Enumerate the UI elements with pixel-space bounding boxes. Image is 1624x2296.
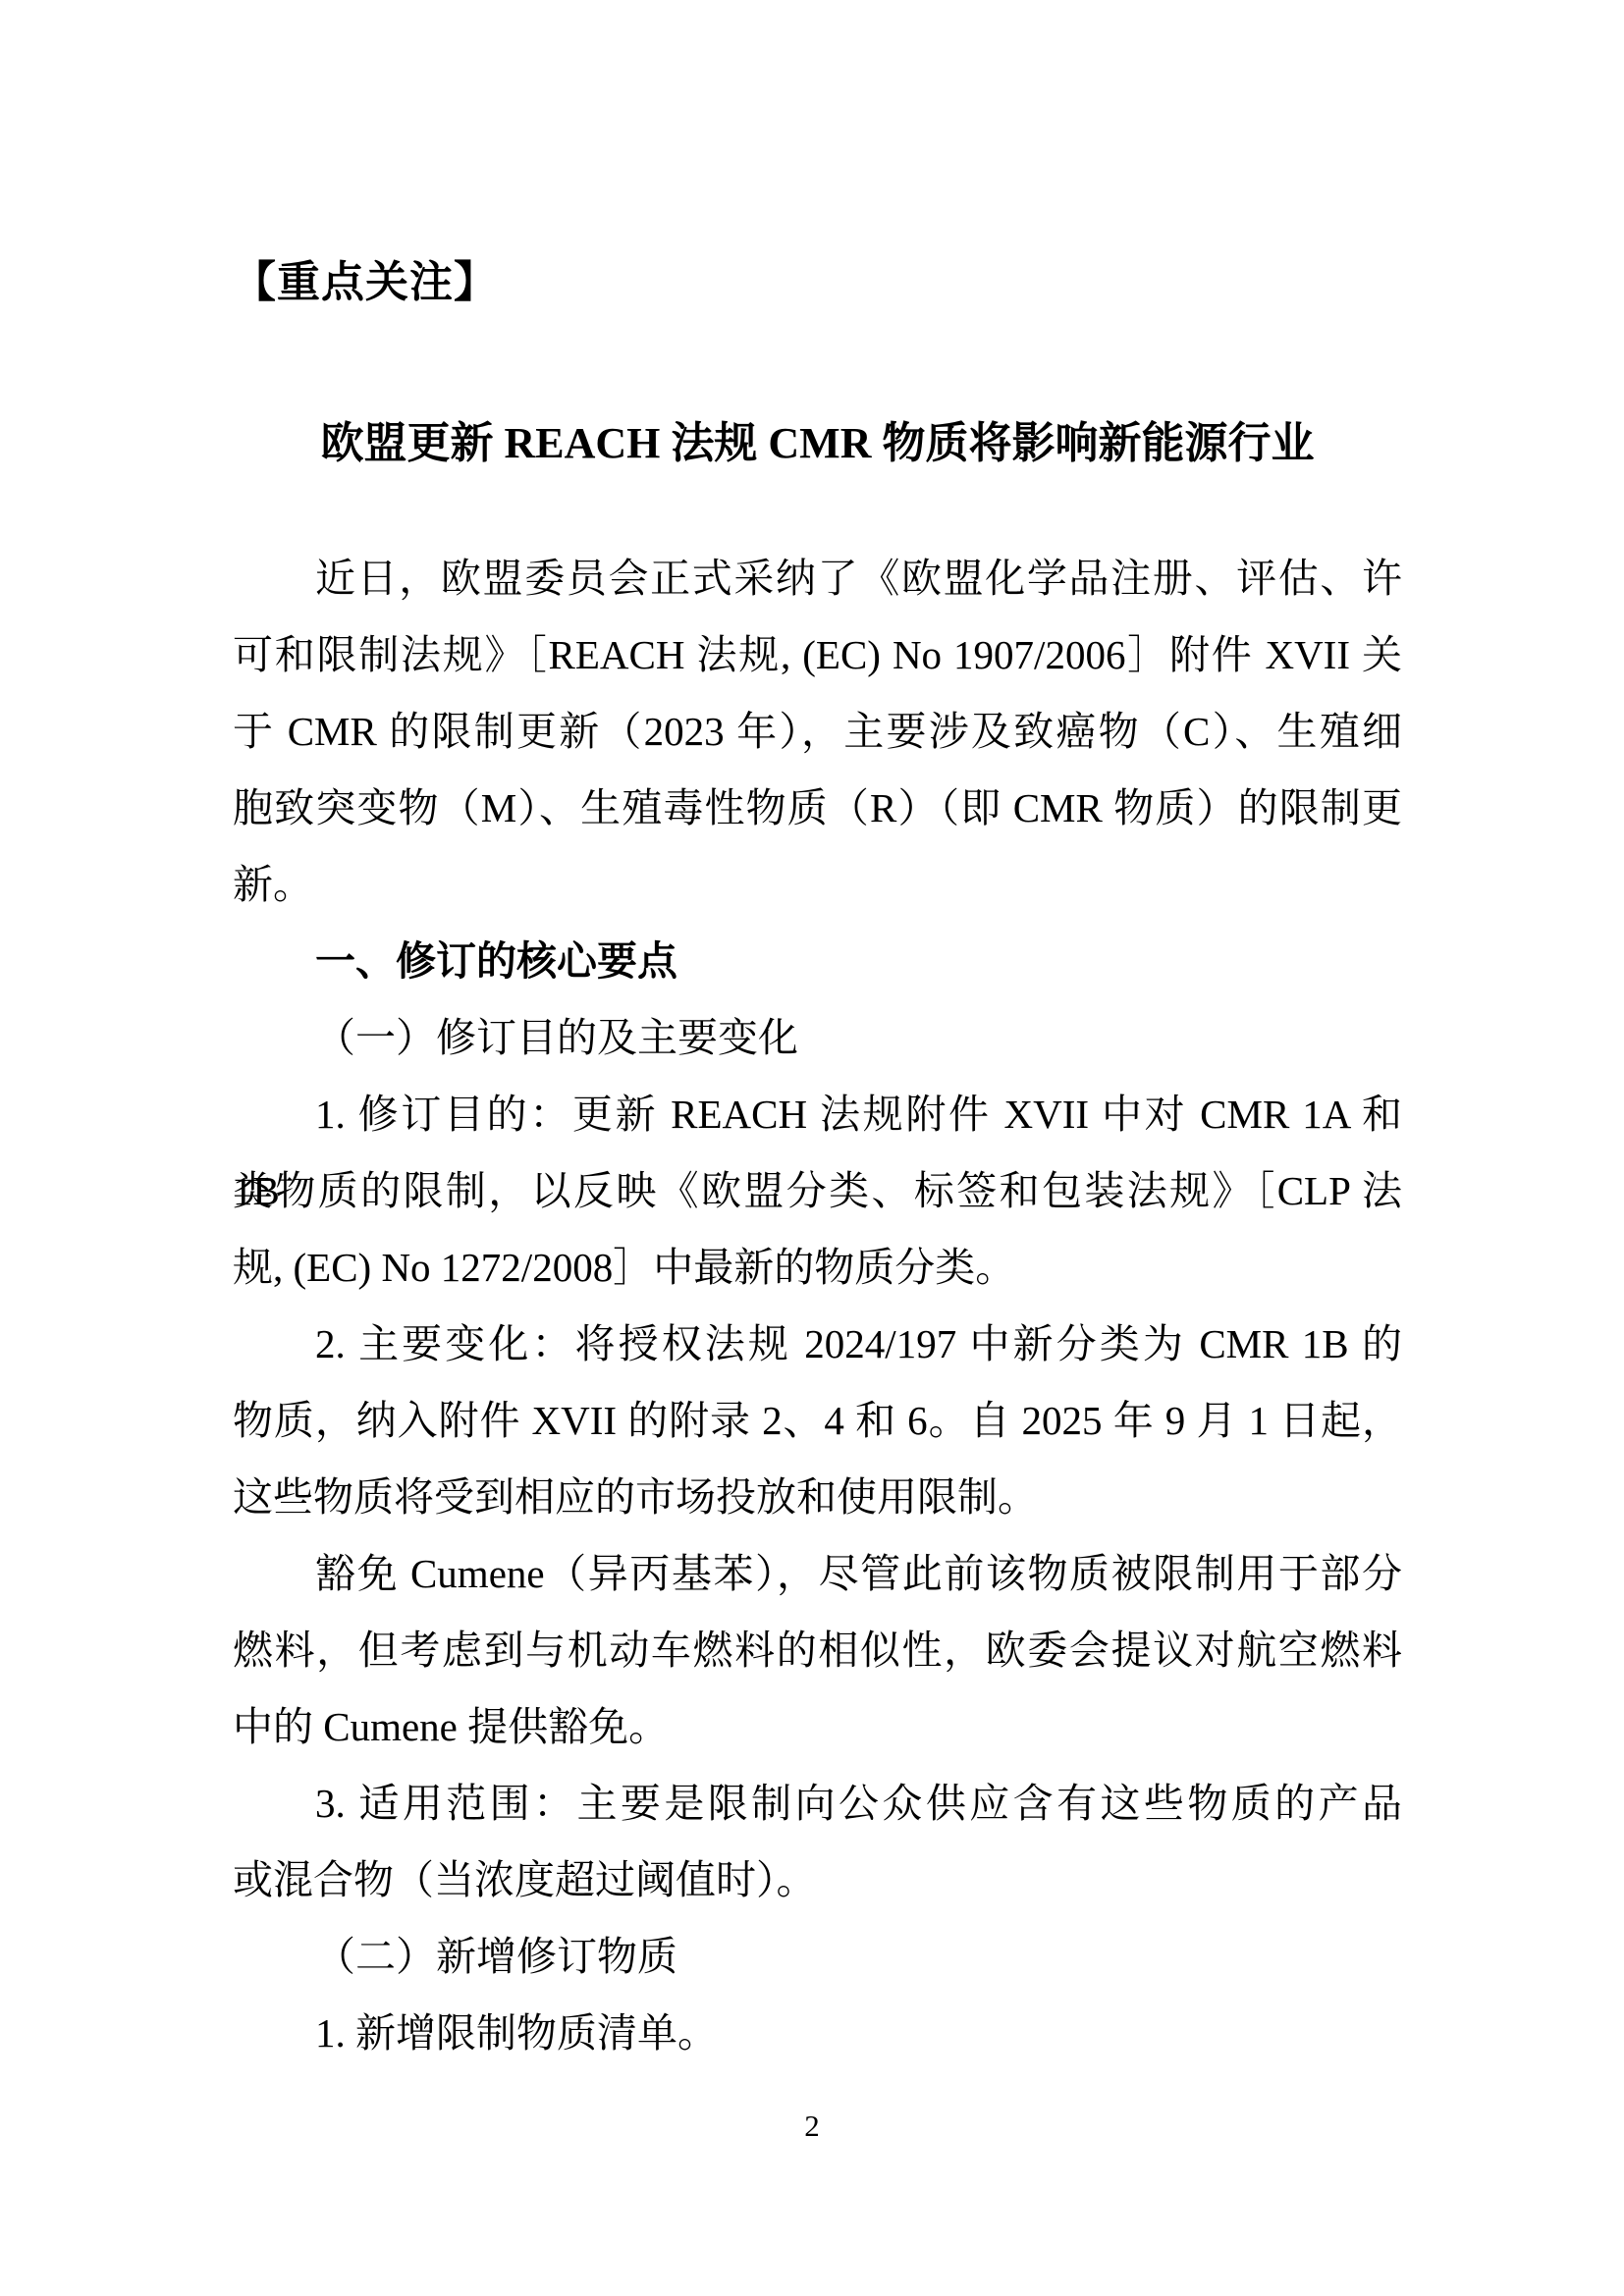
text-line: 中的 Cumene 提供豁免。 <box>233 1688 1402 1765</box>
text-line: 可和限制法规》［REACH 法规, (EC) No 1907/2006］附件 X… <box>233 616 1402 693</box>
document-page: 【重点关注】 欧盟更新 REACH 法规 CMR 物质将影响新能源行业 近日，欧… <box>0 0 1624 2296</box>
subsection-heading: （二）新增修订物质 <box>233 1918 1402 1995</box>
article-body: 近日，欧盟委员会正式采纳了《欧盟化学品注册、评估、许 可和限制法规》［REACH… <box>233 540 1402 2071</box>
text-line: 规, (EC) No 1272/2008］中最新的物质分类。 <box>233 1229 1402 1306</box>
section-heading: 一、修订的核心要点 <box>233 923 1402 999</box>
text-line: 1. 新增限制物质清单。 <box>233 1995 1402 2071</box>
paragraph-exemption: 豁免 Cumene（异丙基苯），尽管此前该物质被限制用于部分 燃料，但考虑到与机… <box>233 1535 1402 1765</box>
subsection-heading: （一）修订目的及主要变化 <box>233 999 1402 1076</box>
text-line: 或混合物（当浓度超过阈值时）。 <box>233 1842 1402 1918</box>
article-title: 欧盟更新 REACH 法规 CMR 物质将影响新能源行业 <box>233 418 1402 469</box>
text-line: 物质，纳入附件 XVII 的附录 2、4 和 6。自 2025 年 9 月 1 … <box>233 1382 1402 1459</box>
text-line: 近日，欧盟委员会正式采纳了《欧盟化学品注册、评估、许 <box>233 540 1402 616</box>
text-line: 燃料，但考虑到与机动车燃料的相似性，欧委会提议对航空燃料 <box>233 1612 1402 1688</box>
text-line: 3. 适用范围：主要是限制向公众供应含有这些物质的产品 <box>233 1765 1402 1842</box>
text-line: 这些物质将受到相应的市场投放和使用限制。 <box>233 1459 1402 1535</box>
paragraph-item1: 1. 修订目的：更新 REACH 法规附件 XVII 中对 CMR 1A 和 1… <box>233 1076 1402 1306</box>
text-line: 豁免 Cumene（异丙基苯），尽管此前该物质被限制用于部分 <box>233 1535 1402 1612</box>
text-line: 1. 修订目的：更新 REACH 法规附件 XVII 中对 CMR 1A 和 1… <box>233 1076 1402 1152</box>
section-kicker: 【重点关注】 <box>233 257 1402 308</box>
text-line: 类物质的限制，以反映《欧盟分类、标签和包装法规》［CLP 法 <box>233 1152 1402 1229</box>
text-line: 胞致突变物（M）、生殖毒性物质（R）（即 CMR 物质）的限制更 <box>233 770 1402 846</box>
paragraph-intro: 近日，欧盟委员会正式采纳了《欧盟化学品注册、评估、许 可和限制法规》［REACH… <box>233 540 1402 923</box>
paragraph-item2: 2. 主要变化：将授权法规 2024/197 中新分类为 CMR 1B 的 物质… <box>233 1306 1402 1535</box>
page-number: 2 <box>0 2107 1624 2146</box>
text-line: 2. 主要变化：将授权法规 2024/197 中新分类为 CMR 1B 的 <box>233 1306 1402 1382</box>
paragraph-item3: 3. 适用范围：主要是限制向公众供应含有这些物质的产品 或混合物（当浓度超过阈值… <box>233 1765 1402 1918</box>
text-line: 新。 <box>233 846 1402 923</box>
text-line: 于 CMR 的限制更新（2023 年），主要涉及致癌物（C）、生殖细 <box>233 693 1402 770</box>
